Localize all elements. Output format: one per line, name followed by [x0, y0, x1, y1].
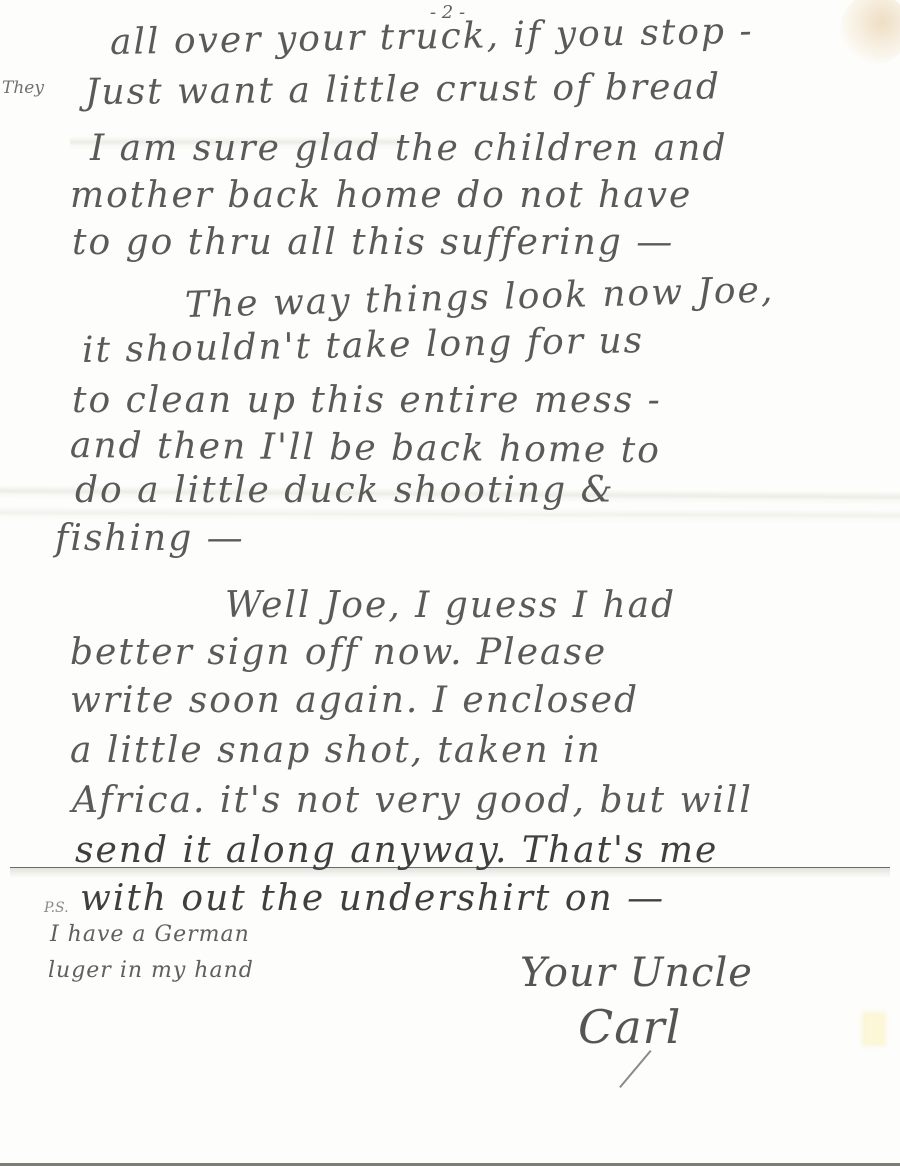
- paper-stain: [840, 0, 900, 64]
- letter-line: Well Joe, I guess I had: [225, 585, 676, 626]
- postscript-line: I have a German: [50, 922, 250, 947]
- postscript-label: P.S.: [44, 900, 69, 916]
- margin-note: They: [2, 78, 44, 98]
- letter-line: to go thru all this suffering —: [72, 222, 674, 263]
- letter-line: better sign off now. Please: [70, 632, 607, 673]
- letter-line: it shouldn't take long for us: [82, 320, 645, 371]
- signature-flourish: [619, 1050, 651, 1088]
- letter-line: The way things look now Joe,: [184, 270, 774, 326]
- letter-line: with out the undershirt on —: [80, 878, 665, 919]
- letter-line: to clean up this entire mess -: [72, 380, 662, 421]
- letter-line: do a little duck shooting &: [75, 470, 615, 511]
- signature: Carl: [578, 1000, 681, 1054]
- letter-page: - 2 - They all over your truck, if you s…: [0, 0, 900, 1166]
- letter-line: and then I'll be back home to: [70, 425, 661, 471]
- letter-line: write soon again. I enclosed: [70, 680, 639, 721]
- letter-line: send it along anyway. That's me: [75, 830, 718, 871]
- paper-stain: [862, 1012, 886, 1046]
- letter-line: I am sure glad the children and: [90, 128, 728, 169]
- letter-line: Just want a little crust of bread: [85, 66, 721, 113]
- letter-line: a little snap shot, taken in: [70, 730, 602, 771]
- letter-line: Africa. it's not very good, but will: [72, 780, 753, 821]
- postscript-line: luger in my hand: [48, 958, 254, 983]
- closing: Your Uncle: [520, 950, 753, 996]
- letter-line: mother back home do not have: [70, 175, 692, 216]
- letter-line: all over your truck, if you stop -: [110, 11, 754, 63]
- letter-line: fishing —: [55, 518, 245, 559]
